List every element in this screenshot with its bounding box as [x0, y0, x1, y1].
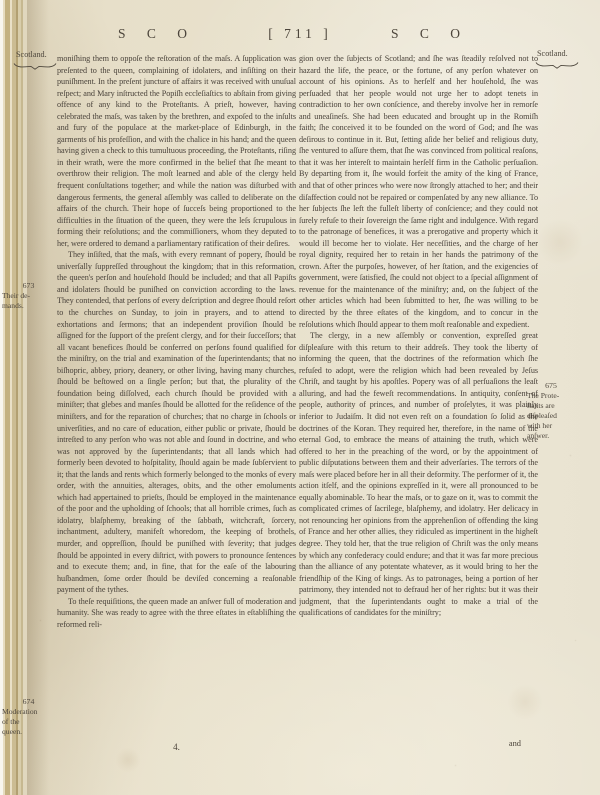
margin-note-line: Moderation — [2, 707, 55, 717]
margin-running-title-right: Scotland. — [537, 49, 568, 58]
brace-mark-icon — [535, 61, 579, 69]
paragraph-continuation: moniſhing them to oppoſe the reſtoration… — [57, 53, 296, 249]
running-header: S C O [ 711 ] S C O — [0, 26, 600, 44]
paragraph-their-demands: They inſiſted, that the maſs, with every… — [57, 249, 296, 595]
margin-note-line: Their de- — [2, 291, 55, 301]
paragraph-queens-answer: To theſe requiſitions, the queen made an… — [57, 596, 296, 631]
signature-mark: 4. — [57, 742, 296, 752]
header-title-right: S C O — [330, 26, 530, 42]
binding-shadow — [27, 0, 49, 795]
margin-note-674: 674 Moderation of the queen. — [2, 697, 55, 737]
text-column-left: moniſhing them to oppoſe the reſtoration… — [57, 53, 296, 741]
brace-mark-icon — [13, 62, 57, 70]
margin-note-number: 673 — [2, 281, 55, 291]
margin-note-number: 674 — [2, 697, 55, 707]
margin-note-line: of the — [2, 717, 55, 727]
margin-note-line: mands. — [2, 301, 55, 311]
margin-note-line: queen. — [2, 727, 55, 737]
text-column-right: gion over the ſubjects of Scotland; and … — [299, 53, 538, 741]
paragraph-continuation: gion over the ſubjects of Scotland; and … — [299, 53, 538, 330]
margin-note-673: 673 Their de- mands. — [2, 281, 55, 311]
binding-edge — [0, 0, 27, 795]
book-page-scan: S C O [ 711 ] S C O Scotland. 673 Their … — [0, 0, 600, 795]
paragraph-protestants-displeased: The clergy, in a new aſſembly or convent… — [299, 330, 538, 619]
margin-running-title-left: Scotland. — [16, 50, 47, 59]
paper-specks — [0, 0, 1, 1]
catchword: and — [299, 739, 521, 748]
